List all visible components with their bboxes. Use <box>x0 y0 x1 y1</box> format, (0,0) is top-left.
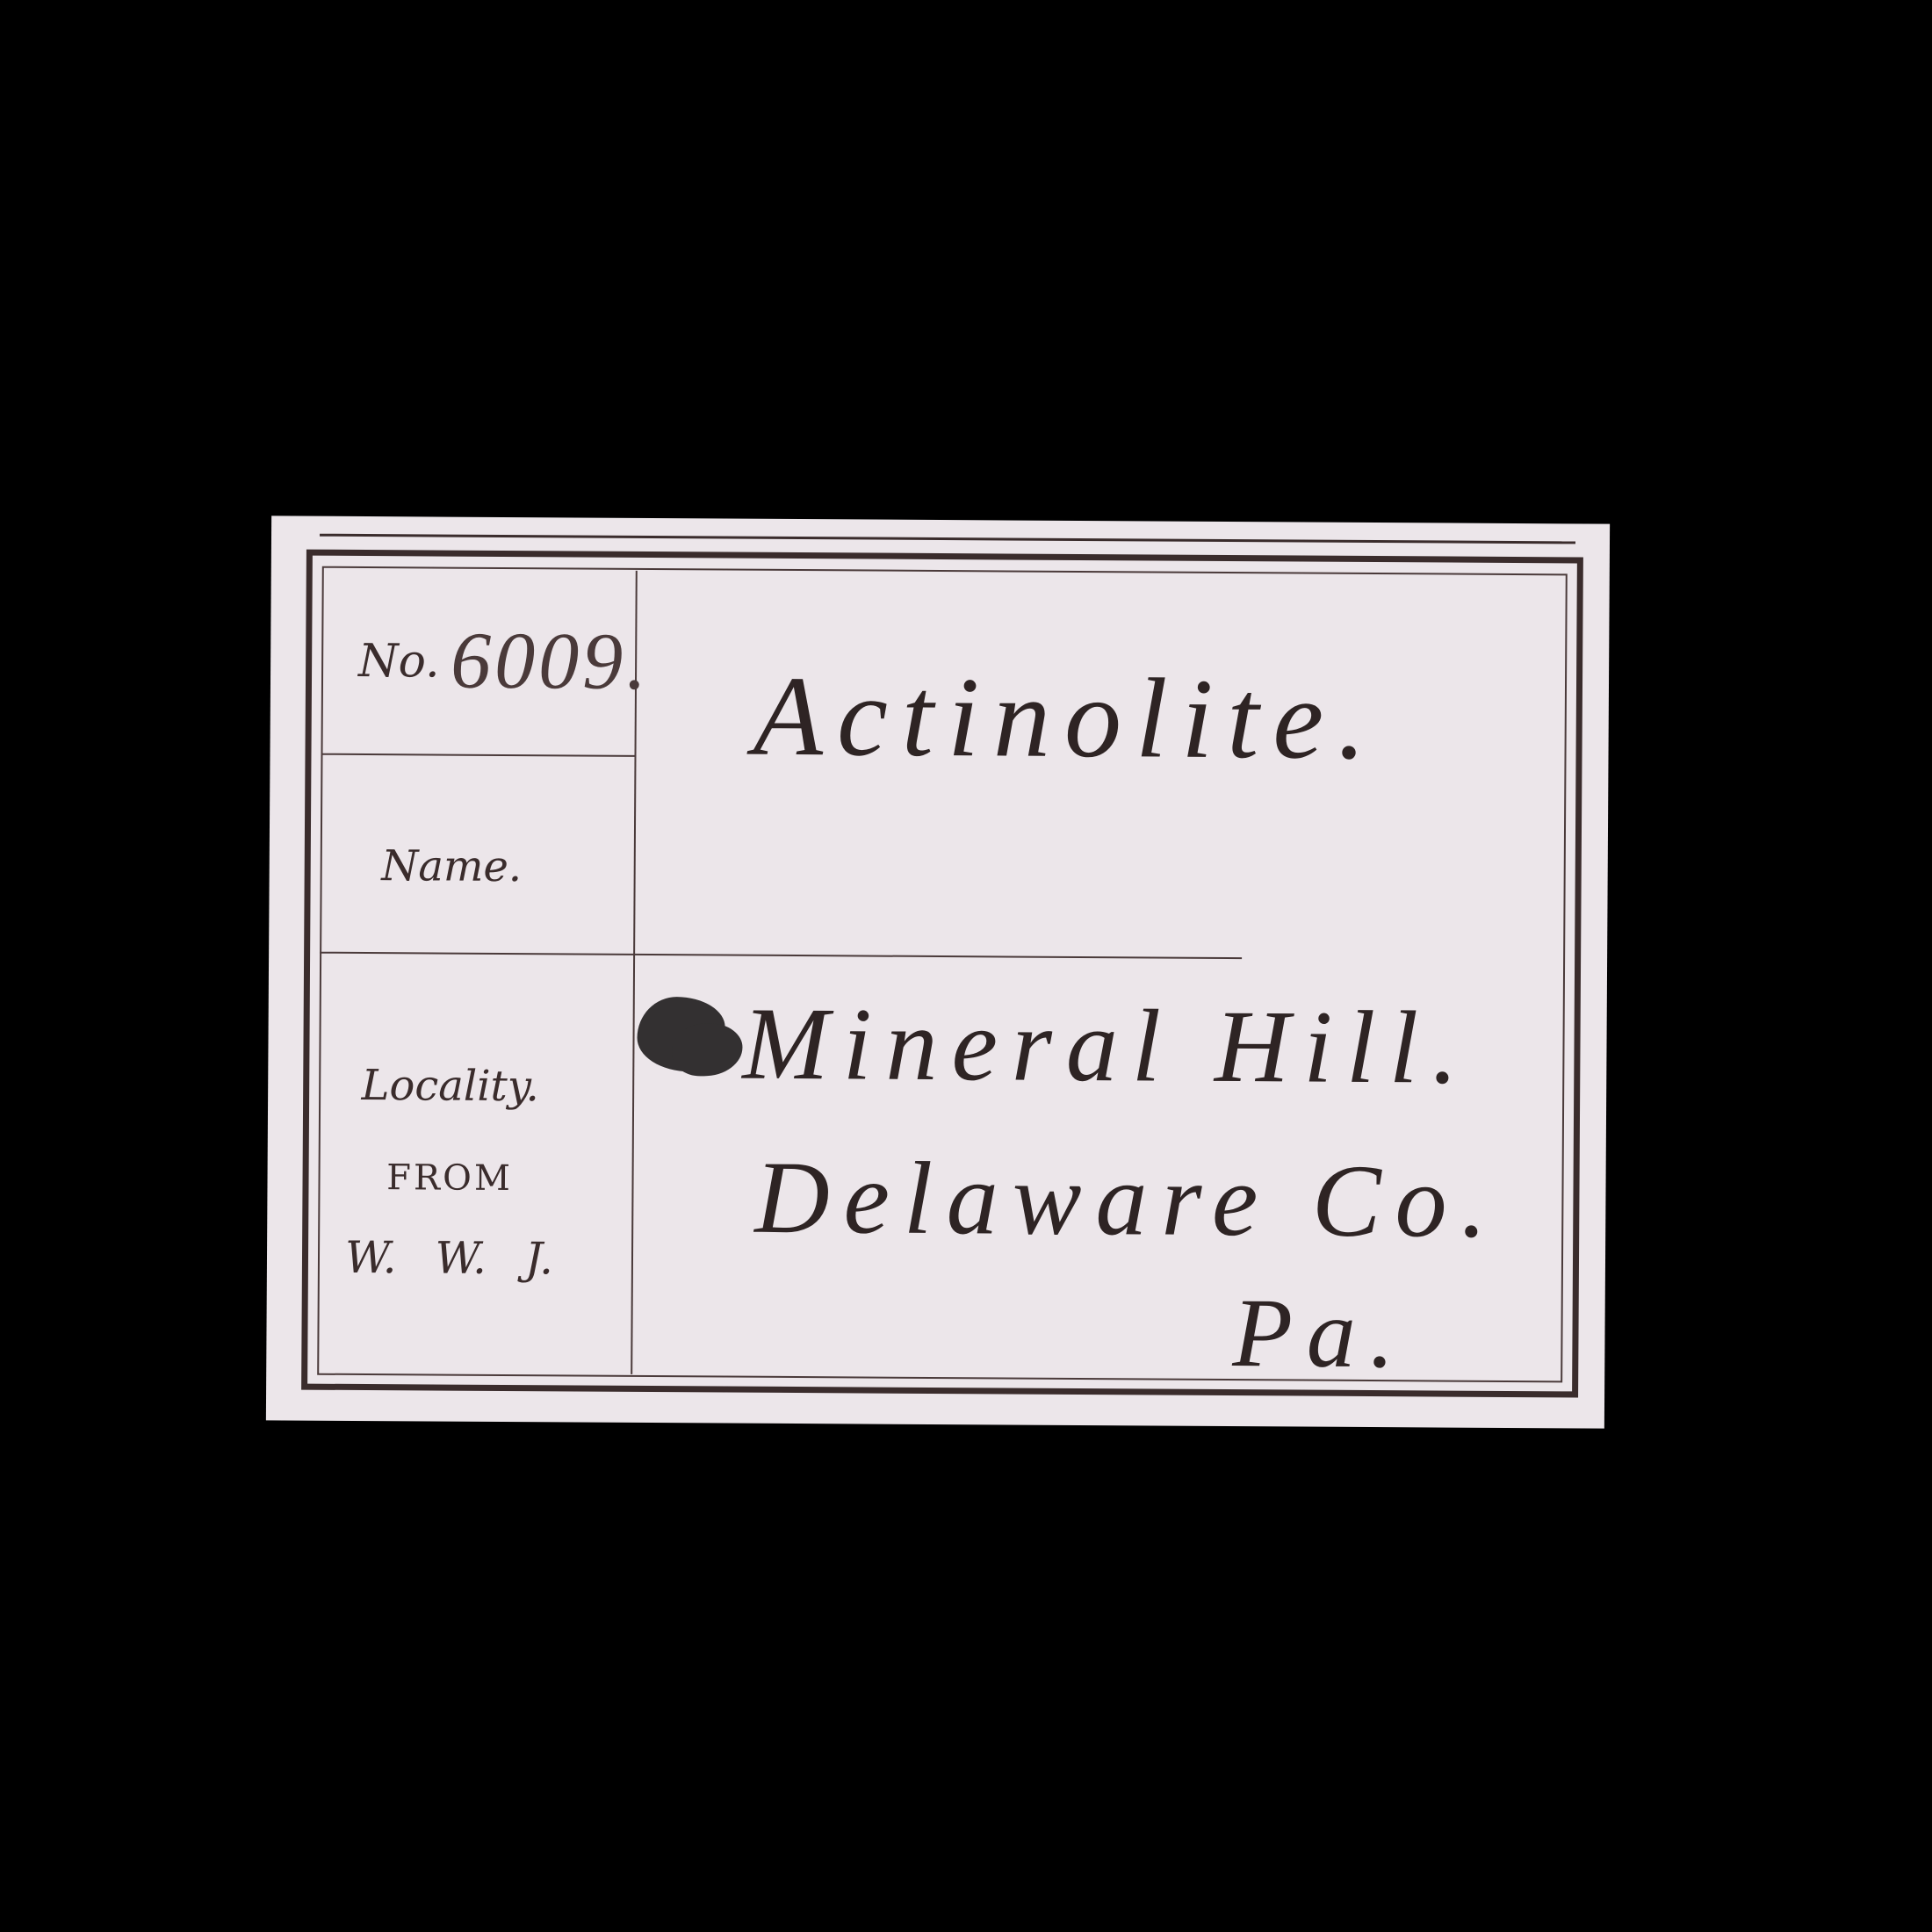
collector-initials: W. W. J. <box>267 1231 631 1285</box>
locality-line-2: Delaware Co. <box>754 1138 1502 1262</box>
decorative-rule <box>320 534 1575 544</box>
specimen-number: 6009. <box>451 614 651 708</box>
locality-line-1: Mineral Hill. <box>742 984 1473 1108</box>
name-label: Name. <box>270 840 634 892</box>
specimen-label: No. 6009. Name. Locality. FROM W. W. J. … <box>266 515 1610 1428</box>
mineral-name: Actinolite. <box>753 651 1381 786</box>
locality-line-3: Pa. <box>1232 1277 1409 1391</box>
from-label: FROM <box>267 1157 631 1200</box>
number-prefix: No. <box>358 635 440 688</box>
locality-label: Locality. <box>268 1060 632 1112</box>
